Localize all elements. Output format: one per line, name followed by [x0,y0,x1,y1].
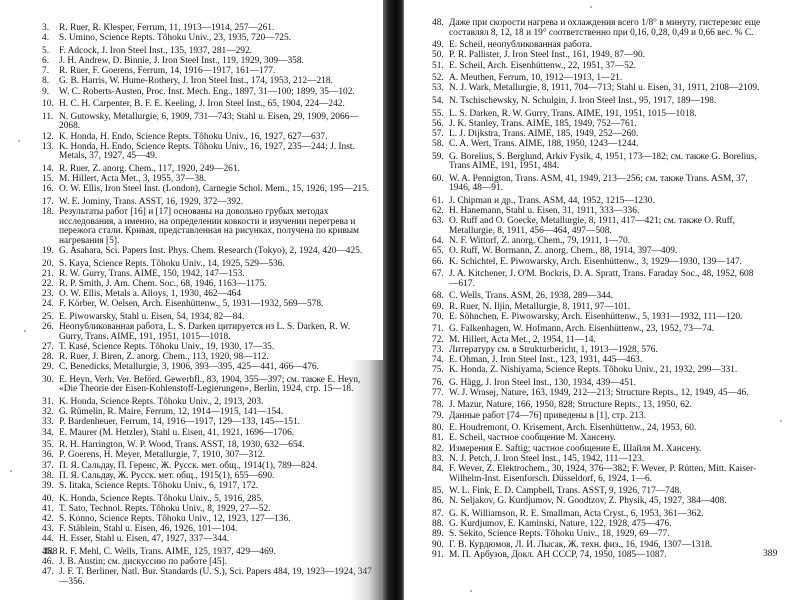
reference-number: 17. [42,198,54,208]
reference-text: L. S. Darken, R. W. Gurry, Trans. AIME, … [449,110,762,120]
reference-number: 43. [42,525,54,535]
reference-item: 31.K. Honda, Science Repts. Tôhoku Univ.… [42,398,374,408]
reference-item: 37.П. Я. Сальдау, П. Геренс, Ж. Русск. м… [42,462,374,472]
reference-text: R. W. Gurry, Trans. AIME, 150, 1942, 147… [59,270,374,280]
reference-text: J. K. Stanley, Trans. AIME, 185, 1949, 7… [449,120,762,130]
reference-number: 47. [42,568,54,578]
reference-text: N. Tschischewsky, N. Schulgin, J. Iron S… [449,97,762,107]
reference-item: 30.E. Heyn, Verh. Ver. Beförd. Gewerbfl.… [42,376,374,395]
reference-number: 36. [42,451,54,461]
reference-text: P. R. Pallister, J. Iron Steel Inst., 16… [449,51,762,61]
reference-number: 23. [42,290,54,300]
scan-speck [590,6,592,8]
reference-text: Данные работ [74—76] приведены в [1], ст… [449,412,762,422]
reference-text: R. P. Smith, J. Am. Chem. Soc., 68, 1946… [59,280,374,290]
scan-speck [18,140,20,142]
reference-item: 39.S. Iitaka, Science Repts. Tôhoku Univ… [42,482,374,492]
reference-number: 68. [432,292,444,302]
reference-item: 86.N. Seljakov, G. Kurdjumov, N. Goodtzo… [432,497,762,507]
reference-item: 60.W. A. Pennigton, Trans. ASM, 41, 1949… [432,175,762,194]
reference-text: R. Ruer, F. Goerens, Ferrum, 14, 1916—19… [59,67,374,77]
reference-text: F. Adcock, J. Iron Steel Inst., 135, 193… [59,47,374,57]
reference-item: 12.K. Honda, H. Endo, Science Repts. Tôh… [42,133,374,143]
reference-number: 58. [432,140,444,150]
reference-item: 36.P. Goerens, H. Meyer, Metallurgie, 7,… [42,451,374,461]
reference-number: 9. [42,88,49,98]
reference-text: W. J. Wrasej, Nature, 163, 1949, 212—213… [449,389,762,399]
reference-number: 86. [432,497,444,507]
reference-item: 78.J. Mazur, Nature, 166, 1950, 828; Str… [432,401,762,411]
reference-text: S. Sekito, Science Repts. Tôhoku Univ., … [449,530,762,540]
right-reference-list: 48.Даже при скорости нагрева и охлаждени… [432,19,762,561]
reference-item: 26.Неопубликованная работа, L. S. Darken… [42,323,374,342]
reference-number: 72. [432,336,444,346]
reference-item: 51.E. Scheil, Arch. Eisenhüttenw., 22, 1… [432,62,762,72]
reference-number: 34. [42,429,54,439]
reference-item: 14.R. Ruer, Z. anorg. Chem., 117, 1920, … [42,165,374,175]
reference-number: 38. [42,472,54,482]
left-page: 3.R. Ruer, R. Klesper, Ferrum, 11, 1913—… [0,0,388,600]
reference-text: P. Bardenheuer, Ferrum, 14, 1916—1917, 1… [59,418,374,428]
reference-item: 38.П. Я. Сальдау, Ж. Русск. мет. общ., 1… [42,472,374,482]
reference-number: 41. [42,505,54,515]
reference-text: N. J. Wark, Metallurgie, 8, 1911, 704—71… [449,84,762,94]
reference-item: 5.F. Adcock, J. Iron Steel Inst., 135, 1… [42,47,374,57]
reference-item: 49.E. Scheil, неопубликованная работа. [432,41,762,51]
reference-text: Даже при скорости нагрева и охлаждения в… [449,19,762,38]
reference-item: 41.T. Sato, Technol. Repts. Tôhoku Univ.… [42,505,374,515]
reference-text: F. Körber, W. Oelsen, Arch. Eisenhüttenw… [59,300,374,310]
reference-number: 26. [42,323,54,333]
reference-number: 27. [42,343,54,353]
reference-text: R. H. Harrington, W. P. Wood, Trans. ASS… [59,441,374,451]
reference-text: Результаты работ [16] и [17] основаны на… [59,208,374,246]
reference-text: K. Honda, H. Endo, Science Repts. Tôhoku… [59,133,374,143]
reference-number: 14. [42,165,54,175]
reference-item: 59.G. Borelius, S. Berglund, Arkiv Fysik… [432,153,762,172]
reference-number: 42. [42,515,54,525]
reference-item: 77.W. J. Wrasej, Nature, 163, 1949, 212—… [432,389,762,399]
scan-speck [24,330,26,332]
reference-text: P. Goerens, H. Meyer, Metallurgie, 7, 19… [59,451,374,461]
reference-text: J. Chipman и др., Trans. ASM, 44, 1952, … [449,197,762,207]
reference-text: K. Honda, Z. Nishiyama, Science Repts. T… [449,366,762,376]
reference-item: 74.E. Ohman, J. Iron Steel Inst., 123, 1… [432,356,762,366]
reference-item: 10.H. C. H. Carpenter, B. F. E. Keeling,… [42,100,374,110]
reference-item: 54.N. Tschischewsky, N. Schulgin, J. Iro… [432,97,762,107]
reference-text: G. Kurdjumov, E. Kaminski, Nature, 122, … [449,520,762,530]
reference-number: 10. [42,100,54,110]
reference-text: C. Benedicks, Metallurgie, 3, 1906, 393—… [59,363,374,373]
reference-text: W. A. Pennigton, Trans. ASM, 41, 1949, 2… [449,175,762,194]
reference-number: 12. [42,133,54,143]
reference-number: 46. [42,558,54,568]
reference-number: 19. [42,247,54,257]
reference-number: 57. [432,130,444,140]
reference-number: 73. [432,346,444,356]
reference-number: 15. [42,175,54,185]
reference-item: 23.O. W. Ellis, Metals a. Alloys, 1, 193… [42,290,374,300]
reference-item: 22.R. P. Smith, J. Am. Chem. Soc., 68, 1… [42,280,374,290]
right-page-number: 389 [763,548,777,559]
reference-text: G. Borelius, S. Berglund, Arkiv Fysik, 4… [449,153,762,172]
reference-text: E. Scheil, неопубликованная работа. [449,41,762,51]
reference-text: A. Meuthen, Ferrum, 10, 1912—1913, 1—21. [449,74,762,84]
reference-item: 68.C. Wells, Trans. ASM, 26, 1938, 289—3… [432,292,762,302]
reference-item: 56.J. K. Stanley, Trans. AIME, 185, 1949… [432,120,762,130]
reference-number: 90. [432,541,444,551]
reference-item: 34.E. Maurer (M. Hetzler), Stahl u. Eise… [42,429,374,439]
reference-number: 53. [432,84,444,94]
book-spine [383,0,405,600]
reference-item: 29.C. Benedicks, Metallurgie, 3, 1906, 3… [42,363,374,373]
reference-text: W. C. Roberts-Austen, Proc. Inst. Mech. … [59,88,374,98]
reference-item: 21.R. W. Gurry, Trans. AIME, 150, 1942, … [42,270,374,280]
reference-text: R. Ruer, N. Iljin, Metallurgie, 8, 1911,… [449,303,762,313]
reference-item: 42.S. Konno, Science Repts. Tôhoku Univ.… [42,515,374,525]
reference-text: W. E. Jominy, Trans. ASST, 16, 1929, 372… [59,198,374,208]
reference-item: 58.C. A. Wert, Trans. AIME, 188, 1950, 1… [432,140,762,150]
reference-text: M. Hillert, Acta Met., 2, 1954, 11—14. [449,336,762,346]
reference-item: 28.R. Ruer, J. Biren, Z. anorg. Chem., 1… [42,353,374,363]
reference-item: 52.A. Meuthen, Ferrum, 10, 1912—1913, 1—… [432,74,762,84]
reference-text: O. W. Ellis, Metals a. Alloys, 1, 1930, … [59,290,374,300]
reference-text: П. Я. Сальдау, П. Геренс, Ж. Русск. мет.… [59,462,374,472]
reference-text: E. Scheil, Arch. Eisenhüttenw., 22, 1951… [449,62,762,72]
reference-number: 22. [42,280,54,290]
reference-item: 11.N. Gutowsky, Metallurgie, 6, 1909, 73… [42,113,374,132]
reference-item: 13.K. Honda, H. Endo, Science Repts. Tôh… [42,143,374,162]
reference-number: 51. [432,62,444,72]
reference-item: 24.F. Körber, W. Oelsen, Arch. Eisenhütt… [42,300,374,310]
reference-item: 55.L. S. Darken, R. W. Gurry, Trans. AIM… [432,110,762,120]
reference-text: C. Wells, Trans. ASM, 26, 1938, 289—344. [449,292,762,302]
reference-text: Литературу см. в Strukturbericht, 1, 191… [449,346,762,356]
reference-text: S. Umino, Science Repts. Tôhoku Univ., 2… [59,34,374,44]
reference-text: O. Ruff, W. Bormann, Z. anorg. Chem., 88… [449,247,762,257]
reference-item: 71.G. Falkenhagen, W. Hofmann, Arch. Eis… [432,325,762,335]
reference-text: G. Hägg, J. Iron Steel Inst., 130, 1934,… [449,379,762,389]
reference-item: 17.W. E. Jominy, Trans. ASST, 16, 1929, … [42,198,374,208]
reference-item: 67.J. A. Kitchener, J. O'M. Bockris, D. … [432,270,762,289]
reference-item: 70.E. Söhnchen, E. Piwowarsky, Arch. Eis… [432,313,762,323]
reference-number: 64. [432,237,444,247]
reference-number: 84. [432,465,444,475]
reference-text: O. W. Ellis, Iron Steel Inst. (London), … [59,185,374,195]
reference-item: 4.S. Umino, Science Repts. Tôhoku Univ.,… [42,34,374,44]
reference-number: 63. [432,217,444,227]
reference-number: 28. [42,353,54,363]
reference-number: 24. [42,300,54,310]
reference-item: 27.T. Kasé, Science Repts. Tôhoku Univ.,… [42,343,374,353]
reference-text: E. Heyn, Verh. Ver. Beförd. Gewerbfl., 8… [59,376,374,395]
reference-number: 31. [42,398,54,408]
reference-number: 81. [432,434,444,444]
reference-text: H. C. H. Carpenter, B. F. E. Keeling, J.… [59,100,374,110]
reference-number: 67. [432,270,444,280]
reference-text: J. Mazur, Nature, 166, 1950, 828; Struct… [449,401,762,411]
reference-text: R. Ruer, R. Klesper, Ferrum, 11, 1913—19… [59,24,374,34]
reference-number: 44. [42,535,54,545]
reference-text: K. Honda, Science Repts. Tôhoku Univ., 2… [59,398,374,408]
reference-text: T. Kasé, Science Repts. Tôhoku Univ., 19… [59,343,374,353]
reference-text: М. П. Арбузов, Докл. АН СССР, 74, 1950, … [449,551,762,561]
reference-number: 16. [42,185,54,195]
reference-item: 83.N. J. Petch, J. Iron Steel Inst., 145… [432,455,762,465]
reference-number: 21. [42,270,54,280]
reference-text: F. Wever, Z. Elektrochem., 30, 1924, 376… [449,465,762,484]
reference-text: O. Ruff and O. Goecke, Metallurgie, 8, 1… [449,217,762,236]
reference-item: 75.K. Honda, Z. Nishiyama, Science Repts… [432,366,762,376]
reference-number: 8. [42,77,49,87]
reference-number: 7. [42,67,49,77]
reference-number: 6. [42,57,49,67]
reference-item: 63.O. Ruff and O. Goecke, Metallurgie, 8… [432,217,762,236]
reference-item: 20.S. Kaya, Science Repts. Tôhoku Univ.,… [42,260,374,270]
reference-number: 91. [432,551,444,561]
reference-text: G. Falkenhagen, W. Hofmann, Arch. Eisenh… [449,325,762,335]
reference-number: 65. [432,247,444,257]
reference-text: C. A. Wert, Trans. AIME, 188, 1950, 1243… [449,140,762,150]
reference-number: 87. [432,510,444,520]
reference-item: 85.W. L. Fink, E. D. Campbell, Trans. AS… [432,487,762,497]
reference-number: 5. [42,47,49,57]
reference-text: R. Ruer, Z. anorg. Chem., 117, 1920, 249… [59,165,374,175]
reference-text: S. Konno, Science Repts. Tôhoku Univ., 1… [59,515,374,525]
reference-number: 48. [432,19,444,29]
reference-text: E. Maurer (M. Hetzler), Stahl u. Eisen, … [59,429,374,439]
reference-text: N. J. Petch, J. Iron Steel Inst., 145, 1… [449,455,762,465]
reference-number: 75. [432,366,444,376]
reference-number: 30. [42,376,54,386]
reference-text: W. L. Fink, E. D. Campbell, Trans. ASST,… [449,487,762,497]
reference-number: 78. [432,401,444,411]
reference-number: 55. [432,110,444,120]
reference-number: 37. [42,462,54,472]
reference-text: K. Schichtel, E. Piwowarsky, Arch. Eisen… [449,258,762,268]
reference-item: 57.L. J. Dijkstra, Trans. AIME, 185, 194… [432,130,762,140]
reference-text: S. Iitaka, Science Repts. Tôhoku Univ., … [59,482,374,492]
reference-number: 79. [432,412,444,422]
reference-number: 80. [432,424,444,434]
reference-number: 66. [432,258,444,268]
reference-item: 61.J. Chipman и др., Trans. ASM, 44, 195… [432,197,762,207]
reference-item: 72.M. Hillert, Acta Met., 2, 1954, 11—14… [432,336,762,346]
reference-item: 48.Даже при скорости нагрева и охлаждени… [432,19,762,38]
reference-item: 89.S. Sekito, Science Repts. Tôhoku Univ… [432,530,762,540]
reference-number: 83. [432,455,444,465]
reference-item: 3.R. Ruer, R. Klesper, Ferrum, 11, 1913—… [42,24,374,34]
reference-number: 18. [42,208,54,218]
reference-item: 82.Измерения E. Saftig; частное сообщени… [432,445,762,455]
reference-text: T. Sato, Technol. Repts. Tôhoku Univ., 8… [59,505,374,515]
reference-item: 19.G. Asahara, Sci. Papers Inst. Phys. C… [42,247,374,257]
reference-number: 29. [42,363,54,373]
reference-number: 20. [42,260,54,270]
reference-text: N. Gutowsky, Metallurgie, 6, 1909, 731—7… [59,113,374,132]
reference-item: 33.P. Bardenheuer, Ferrum, 14, 1916—1917… [42,418,374,428]
reference-text: R. Ruer, J. Biren, Z. anorg. Chem., 113,… [59,353,374,363]
reference-item: 9.W. C. Roberts-Austen, Proc. Inst. Mech… [42,88,374,98]
reference-text: L. J. Dijkstra, Trans. AIME, 185, 1949, … [449,130,762,140]
reference-item: 50.P. R. Pallister, J. Iron Steel Inst.,… [432,51,762,61]
reference-number: 82. [432,445,444,455]
reference-item: 81.E. Scheil, частное сообщение М. Хансе… [432,434,762,444]
reference-item: 76.G. Hägg, J. Iron Steel Inst., 130, 19… [432,379,762,389]
reference-number: 50. [432,51,444,61]
reference-item: 43.F. Stäblein, Stahl u. Eisen, 46, 1926… [42,525,374,535]
reference-item: 87.G. K. Williamson, R. E. Smallman, Act… [432,510,762,520]
reference-number: 77. [432,389,444,399]
spine-shadow [350,360,384,600]
reference-text: Неопубликованная работа, L. S. Darken ци… [59,323,374,342]
reference-text: S. Kaya, Science Repts. Tôhoku Univ., 14… [59,260,374,270]
reference-item: 73.Литературу см. в Strukturbericht, 1, … [432,346,762,356]
reference-number: 74. [432,356,444,366]
reference-item: 32.G. Rümelin, R. Maire, Ferrum, 12, 191… [42,408,374,418]
reference-text: G. Asahara, Sci. Papers Inst. Phys. Chem… [59,247,374,257]
reference-number: 60. [432,175,444,185]
reference-text: F. Stäblein, Stahl u. Eisen, 46, 1926, 1… [59,525,374,535]
reference-item: 6.J. H. Andrew, D. Binnie, J. Iron Steel… [42,57,374,67]
reference-number: 11. [42,113,53,123]
reference-item: 18.Результаты работ [16] и [17] основаны… [42,208,374,246]
reference-number: 33. [42,418,54,428]
reference-number: 13. [42,143,54,153]
reference-text: J. A. Kitchener, J. O'M. Bockris, D. A. … [449,270,762,289]
reference-number: 56. [432,120,444,130]
reference-number: 39. [42,482,54,492]
reference-text: J. F. T. Berliner, Natl. Bur. Standards … [59,568,374,587]
reference-number: 85. [432,487,444,497]
reference-number: 88. [432,520,444,530]
reference-number: 32. [42,408,54,418]
reference-text: G. Rümelin, R. Maire, Ferrum, 12, 1914—1… [59,408,374,418]
reference-item: 40.K. Honda, Science Repts. Tôhoku Univ.… [42,495,374,505]
reference-item: 47.J. F. T. Berliner, Natl. Bur. Standar… [42,568,374,587]
reference-text: E. Ohman, J. Iron Steel Inst., 123, 1931… [449,356,762,366]
reference-number: 61. [432,197,444,207]
reference-number: 35. [42,441,54,451]
reference-number: 4. [42,34,49,44]
reference-text: Измерения E. Saftig; частное сообщение E… [449,445,762,455]
reference-item: 35.R. H. Harrington, W. P. Wood, Trans. … [42,441,374,451]
reference-item: 53.N. J. Wark, Metallurgie, 8, 1911, 704… [432,84,762,94]
reference-text: K. Honda, H. Endo, Science Repts. Tôhoku… [59,143,374,162]
reference-item: 91.М. П. Арбузов, Докл. АН СССР, 74, 195… [432,551,762,561]
scan-speck [780,420,782,422]
reference-number: 40. [42,495,54,505]
reference-number: 89. [432,530,444,540]
reference-item: 69.R. Ruer, N. Iljin, Metallurgie, 8, 19… [432,303,762,313]
reference-text: H. Esser, Stahl u. Eisen, 47, 1927, 337—… [59,535,374,545]
reference-item: 8.G. B. Harris, W. Hume-Rothery, J. Iron… [42,77,374,87]
reference-text: E. Söhnchen, E. Piwowarsky, Arch. Eisenh… [449,313,762,323]
reference-text: Г. В. Курдюмов, Л. И. Лысак, Ж. техн. фи… [449,541,762,551]
reference-text: N. Seljakov, G. Kurdjumov, N. Goodtzov, … [449,497,762,507]
scan-speck [470,590,472,592]
reference-item: 16.O. W. Ellis, Iron Steel Inst. (London… [42,185,374,195]
reference-text: G. B. Harris, W. Hume-Rothery, J. Iron S… [59,77,374,87]
reference-text: K. Honda, Science Repts. Tôhoku Univ., 5… [59,495,374,505]
reference-item: 88.G. Kurdjumov, E. Kaminski, Nature, 12… [432,520,762,530]
reference-item: 44.H. Esser, Stahl u. Eisen, 47, 1927, 3… [42,535,374,545]
reference-number: 71. [432,325,444,335]
reference-text: E. Scheil, частное сообщение М. Хансену. [449,434,762,444]
reference-number: 69. [432,303,444,313]
left-page-number: 388 [43,546,57,557]
reference-number: 52. [432,74,444,84]
reference-number: 59. [432,153,444,163]
reference-number: 54. [432,97,444,107]
reference-text: G. K. Williamson, R. E. Smallman, Acta C… [449,510,762,520]
left-reference-list: 3.R. Ruer, R. Klesper, Ferrum, 11, 1913—… [42,24,374,588]
reference-number: 62. [432,207,444,217]
reference-item: 65.O. Ruff, W. Bormann, Z. anorg. Chem.,… [432,247,762,257]
reference-number: 3. [42,24,49,34]
reference-item: 79.Данные работ [74—76] приведены в [1],… [432,412,762,422]
reference-text: П. Я. Сальдау, Ж. Русск. мет. общ., 1915… [59,472,374,482]
reference-item: 66.K. Schichtel, E. Piwowarsky, Arch. Ei… [432,258,762,268]
reference-number: 70. [432,313,444,323]
reference-item: 90.Г. В. Курдюмов, Л. И. Лысак, Ж. техн.… [432,541,762,551]
scan-speck [10,470,12,472]
reference-item: 84.F. Wever, Z. Elektrochem., 30, 1924, … [432,465,762,484]
reference-number: 25. [42,313,54,323]
reference-number: 49. [432,41,444,51]
reference-number: 76. [432,379,444,389]
reference-text: J. H. Andrew, D. Binnie, J. Iron Steel I… [59,57,374,67]
reference-item: 7.R. Ruer, F. Goerens, Ferrum, 14, 1916—… [42,67,374,77]
